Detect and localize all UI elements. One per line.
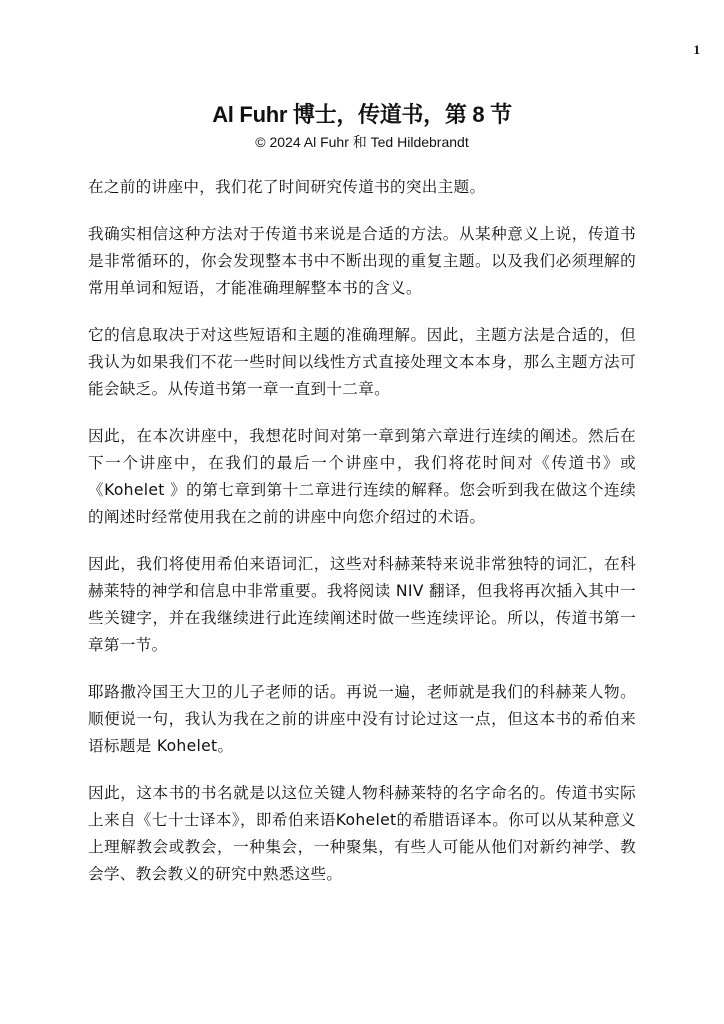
paragraph: 因此，我们将使用希伯来语词汇，这些对科赫莱特来说非常独特的词汇，在科赫莱特的神学… <box>88 551 636 659</box>
paragraph: 因此，在本次讲座中，我想花时间对第一章到第六章进行连续的阐述。然后在下一个讲座中… <box>88 423 636 531</box>
copyright-line: © 2024 Al Fuhr 和 Ted Hildebrandt <box>0 132 724 152</box>
paragraph: 它的信息取决于对这些短语和主题的准确理解。因此，主题方法是合适的，但我认为如果我… <box>88 322 636 403</box>
document-body: 在之前的讲座中，我们花了时间研究传道书的突出主题。 我确实相信这种方法对于传道书… <box>88 174 636 908</box>
document-page: 1 Al Fuhr 博士，传道书，第 8 节 © 2024 Al Fuhr 和 … <box>0 0 724 1024</box>
paragraph: 因此，这本书的书名就是以这位关键人物科赫莱特的名字命名的。传道书实际上来自《七十… <box>88 780 636 888</box>
paragraph: 在之前的讲座中，我们花了时间研究传道书的突出主题。 <box>88 174 636 201</box>
page-number: 1 <box>694 42 701 58</box>
document-title: Al Fuhr 博士，传道书，第 8 节 <box>0 98 724 129</box>
paragraph: 耶路撒冷国王大卫的儿子老师的话。再说一遍，老师就是我们的科赫莱人物。顺便说一句，… <box>88 679 636 760</box>
paragraph: 我确实相信这种方法对于传道书来说是合适的方法。从某种意义上说，传道书是非常循环的… <box>88 221 636 302</box>
